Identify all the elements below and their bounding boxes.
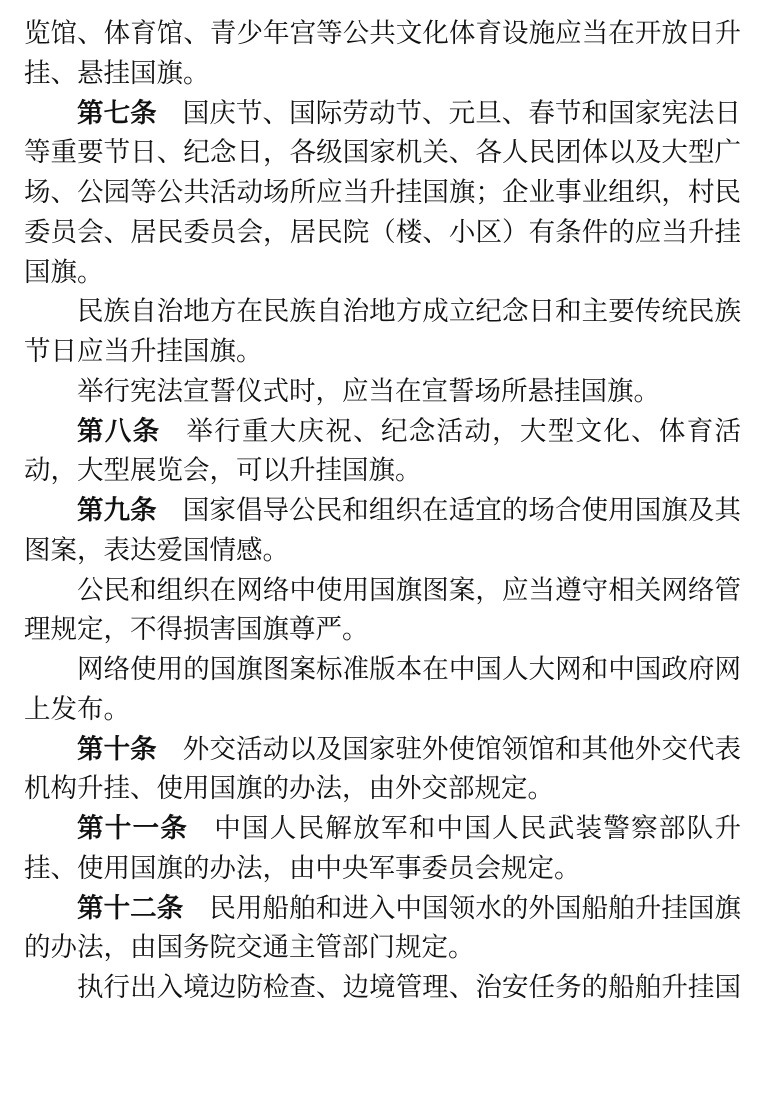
line-text: 挂、悬挂国旗。 [24,58,210,89]
text-line: 的办法，由国务院交通主管部门规定。 [24,928,741,968]
article-number: 第九条 [77,495,157,526]
line-text: 理规定，不得损害国旗尊严。 [24,614,369,645]
text-line: 节日应当升挂国旗。 [24,332,741,372]
line-text: 机构升挂、使用国旗的办法，由外交部规定。 [24,773,554,804]
article-number: 第八条 [77,416,160,447]
line-text: 委员会、居民委员会，居民院（楼、小区）有条件的应当升挂 [24,217,741,248]
line-text: 公民和组织在网络中使用国旗图案，应当遵守相关网络管 [77,575,741,606]
text-line: 图案，表达爱国情感。 [24,531,741,571]
line-text: 挂、使用国旗的办法，由中央军事委员会规定。 [24,853,581,884]
line-text: 民族自治地方在民族自治地方成立纪念日和主要传统民族 [77,296,741,327]
article-11-heading-line: 第十一条中国人民解放军和中国人民武装警察部队升 [24,809,741,849]
line-text: 国庆节、国际劳动节、元旦、春节和国家宪法日 [183,98,741,129]
text-line: 览馆、体育馆、青少年宫等公共文化体育设施应当在开放日升 [24,14,741,54]
line-text: 场、公园等公共活动场所应当升挂国旗；企业事业组织，村民 [24,177,741,208]
line-text: 外交活动以及国家驻外使馆领馆和其他外交代表 [183,734,741,765]
article-7-heading-line: 第七条国庆节、国际劳动节、元旦、春节和国家宪法日 [24,94,741,134]
article-8-heading-line: 第八条举行重大庆祝、纪念活动，大型文化、体育活 [24,412,741,452]
line-text: 中国人民解放军和中国人民武装警察部队升 [214,813,741,844]
line-text: 举行重大庆祝、纪念活动，大型文化、体育活 [186,416,741,447]
line-text: 的办法，由国务院交通主管部门规定。 [24,932,475,963]
paragraph-start-line: 民族自治地方在民族自治地方成立纪念日和主要传统民族 [24,292,741,332]
article-9-heading-line: 第九条国家倡导公民和组织在适宜的场合使用国旗及其 [24,491,741,531]
line-text: 网络使用的国旗图案标准版本在中国人大网和中国政府网 [77,654,741,685]
line-text: 览馆、体育馆、青少年宫等公共文化体育设施应当在开放日升 [24,18,741,49]
line-text: 上发布。 [24,694,130,725]
text-line: 场、公园等公共活动场所应当升挂国旗；企业事业组织，村民 [24,173,741,213]
article-number: 第十二条 [77,893,183,924]
article-number: 第十条 [77,734,157,765]
line-text: 图案，表达爱国情感。 [24,535,289,566]
text-line: 机构升挂、使用国旗的办法，由外交部规定。 [24,769,741,809]
line-text: 动，大型展览会，可以升挂国旗。 [24,455,422,486]
text-line: 上发布。 [24,690,741,730]
article-number: 第十一条 [77,813,188,844]
line-text: 国旗。 [24,257,104,288]
text-line: 挂、悬挂国旗。 [24,54,741,94]
text-line: 国旗。 [24,253,741,293]
document-page: 览馆、体育馆、青少年宫等公共文化体育设施应当在开放日升 挂、悬挂国旗。 第七条国… [24,14,741,1008]
line-text: 国家倡导公民和组织在适宜的场合使用国旗及其 [183,495,741,526]
paragraph-start-line: 执行出入境边防检查、边境管理、治安任务的船舶升挂国 [24,968,741,1008]
article-10-heading-line: 第十条外交活动以及国家驻外使馆领馆和其他外交代表 [24,730,741,770]
line-text: 举行宪法宣誓仪式时，应当在宣誓场所悬挂国旗。 [77,376,660,407]
text-line: 委员会、居民委员会，居民院（楼、小区）有条件的应当升挂 [24,213,741,253]
paragraph-start-line: 网络使用的国旗图案标准版本在中国人大网和中国政府网 [24,650,741,690]
line-text: 执行出入境边防检查、边境管理、治安任务的船舶升挂国 [77,972,741,1003]
article-number: 第七条 [77,98,157,129]
line-text: 节日应当升挂国旗。 [24,336,263,367]
paragraph-start-line: 举行宪法宣誓仪式时，应当在宣誓场所悬挂国旗。 [24,372,741,412]
line-text: 等重要节日、纪念日，各级国家机关、各人民团体以及大型广 [24,137,741,168]
article-12-heading-line: 第十二条民用船舶和进入中国领水的外国船舶升挂国旗 [24,889,741,929]
text-line: 等重要节日、纪念日，各级国家机关、各人民团体以及大型广 [24,133,741,173]
paragraph-start-line: 公民和组织在网络中使用国旗图案，应当遵守相关网络管 [24,571,741,611]
line-text: 民用船舶和进入中国领水的外国船舶升挂国旗 [209,893,741,924]
text-line: 动，大型展览会，可以升挂国旗。 [24,451,741,491]
text-line: 理规定，不得损害国旗尊严。 [24,610,741,650]
text-line: 挂、使用国旗的办法，由中央军事委员会规定。 [24,849,741,889]
